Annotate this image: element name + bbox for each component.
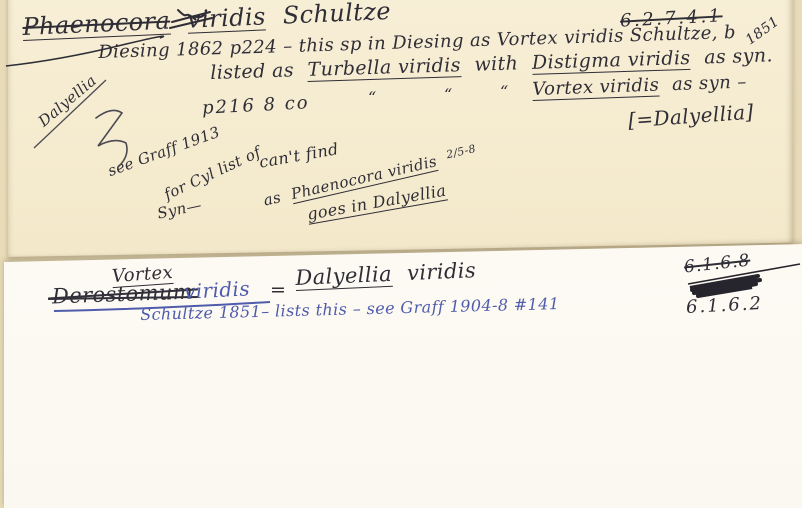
- synonym-post: as syn –: [672, 74, 747, 95]
- equals-sign: =: [270, 281, 286, 300]
- species-blue: viridis: [184, 278, 251, 301]
- as-note-date: 2/5-8: [445, 144, 477, 161]
- scan-page: 6.2.7.4.1 1851 Phaenocora viridis Schult…: [0, 0, 802, 508]
- ditto-mark: “: [444, 87, 453, 103]
- as-note-pre: as: [262, 190, 282, 209]
- accepted-genus: Dalyellia: [295, 264, 393, 291]
- ditto-mark: “: [368, 90, 377, 106]
- ditto-mark: “: [500, 84, 509, 100]
- author-name: Schultze: [282, 0, 391, 28]
- synonymy-post: as syn.: [704, 46, 773, 67]
- synonymy-pre: listed as: [210, 61, 294, 83]
- synonymy-mid: with: [474, 54, 518, 74]
- accepted-species: viridis: [407, 260, 477, 284]
- catalog-number: 6.1.6.2: [686, 295, 764, 317]
- species-name: viridis: [187, 4, 267, 33]
